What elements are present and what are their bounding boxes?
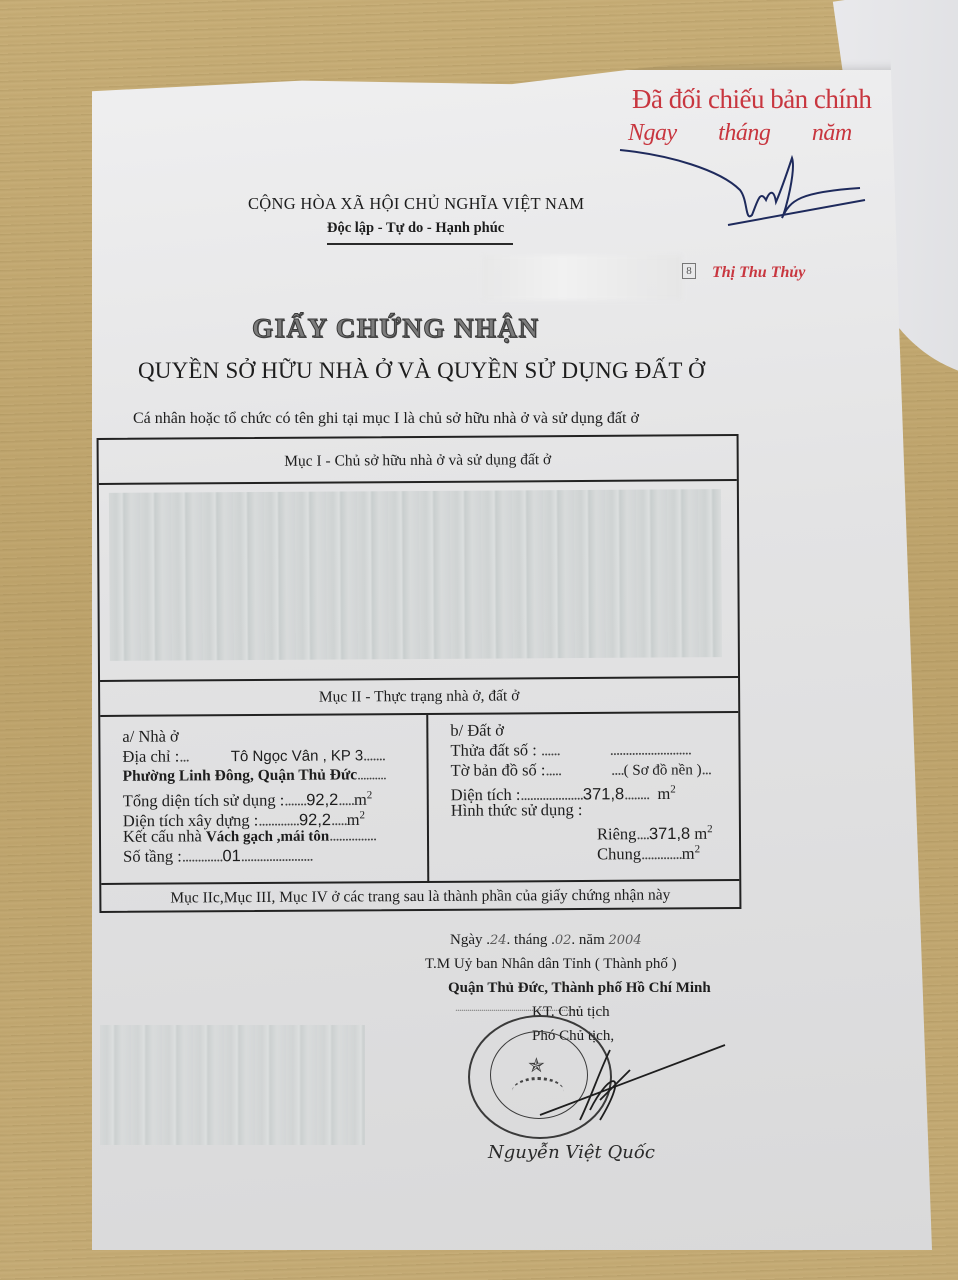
certificate-intro: Cá nhân hoặc tổ chức có tên ghi tại mục … xyxy=(133,410,639,428)
address-line2-text: Phường Linh Đông, Quận Thủ Đức xyxy=(123,766,358,784)
land-area-value: 371,8 xyxy=(583,785,624,803)
redacted-area-bottom xyxy=(100,1025,365,1145)
certifier-number-box: 8 xyxy=(682,263,696,279)
issue-month: 02 xyxy=(555,933,572,948)
structure-value: Vách gạch ,mái tôn xyxy=(206,829,329,846)
section2-body: a/ Nhà ở Địa chỉ :... Tô Ngọc Vân , KP 3… xyxy=(100,711,739,885)
certificate-title: GIẤY CHỨNG NHẬN xyxy=(252,313,540,344)
certifier-name: Thị Thu Thủy xyxy=(712,264,805,282)
shared-label: Chung xyxy=(597,844,641,863)
authority-line2: Quận Thủ Đức, Thành phố Hồ Chí Minh xyxy=(448,980,711,997)
structure-row: Kết cấu nhà Vách gạch ,mái tôn..........… xyxy=(123,825,376,848)
map-label: Tờ bản đồ số : xyxy=(451,760,546,780)
section1-heading: Mục I - Chủ sở hữu nhà ở và sử dụng đất … xyxy=(99,450,737,472)
national-motto: Độc lập - Tự do - Hạnh phúc xyxy=(327,220,504,237)
month-label: tháng xyxy=(514,932,547,948)
certifier-signature-icon xyxy=(610,130,870,230)
plot-row: Thửa đất số : ..........................… xyxy=(450,739,691,761)
land-label: b/ Đất ở xyxy=(450,720,504,741)
issue-date: Ngày .24. tháng .02. năm 2004 xyxy=(450,932,642,949)
floors-row: Số tầng :.............01................… xyxy=(123,846,313,868)
official-signature-icon xyxy=(520,1040,730,1135)
shared-use-row: Chung.............m2 xyxy=(597,839,700,865)
certificate-table: Mục I - Chủ sở hữu nhà ở và sử dụng đất … xyxy=(97,434,742,913)
usage-label: Hình thức sử dụng : xyxy=(451,800,583,821)
floors-label: Số tầng : xyxy=(123,846,182,865)
footer-note-row: Mục IIc,Mục III, Mục IV ở các trang sau … xyxy=(101,879,739,913)
map-value: ( Sơ đồ nền ) xyxy=(624,762,702,778)
redacted-area xyxy=(482,255,682,300)
address-line1: Tô Ngọc Vân , KP 3 xyxy=(231,747,363,765)
column-divider xyxy=(426,715,429,883)
certificate-subtitle: QUYỀN SỞ HỮU NHÀ Ở VÀ QUYỀN SỬ DỤNG ĐẤT … xyxy=(138,358,705,384)
address-line2: Phường Linh Đông, Quận Thủ Đức.......... xyxy=(123,765,386,787)
structure-label: Kết cấu nhà xyxy=(123,826,202,845)
plot-label: Thửa đất số : xyxy=(450,740,537,760)
section1-body xyxy=(99,479,738,683)
section2-heading-row: Mục II - Thực trạng nhà ở, đất ở xyxy=(100,676,738,708)
motto-underline xyxy=(327,243,513,245)
year-label: năm xyxy=(579,932,605,948)
date-prefix: Ngày xyxy=(450,932,483,948)
unit: m xyxy=(682,844,695,863)
signer-name: Nguyễn Việt Quốc xyxy=(488,1142,655,1163)
footer-note: Mục IIc,Mục III, Mục IV ở các trang sau … xyxy=(101,881,739,908)
nation-header: CỘNG HÒA XÃ HỘI CHỦ NGHĨA VIỆT NAM xyxy=(248,194,584,214)
owner-redacted xyxy=(109,489,722,661)
address-label: Địa chỉ : xyxy=(122,746,179,765)
section2-heading: Mục II - Thực trạng nhà ở, đất ở xyxy=(100,678,738,708)
authority-line1: T.M Uỷ ban Nhân dân Tỉnh ( Thành phố ) xyxy=(425,956,677,973)
unit: m xyxy=(657,784,670,803)
house-label: a/ Nhà ở xyxy=(122,726,178,747)
floors-value: 01 xyxy=(222,847,240,865)
issue-day: 24 xyxy=(490,933,507,948)
certified-copy-stamp-line1: Đã đối chiếu bản chính xyxy=(632,84,871,115)
issue-year: 2004 xyxy=(609,933,642,948)
